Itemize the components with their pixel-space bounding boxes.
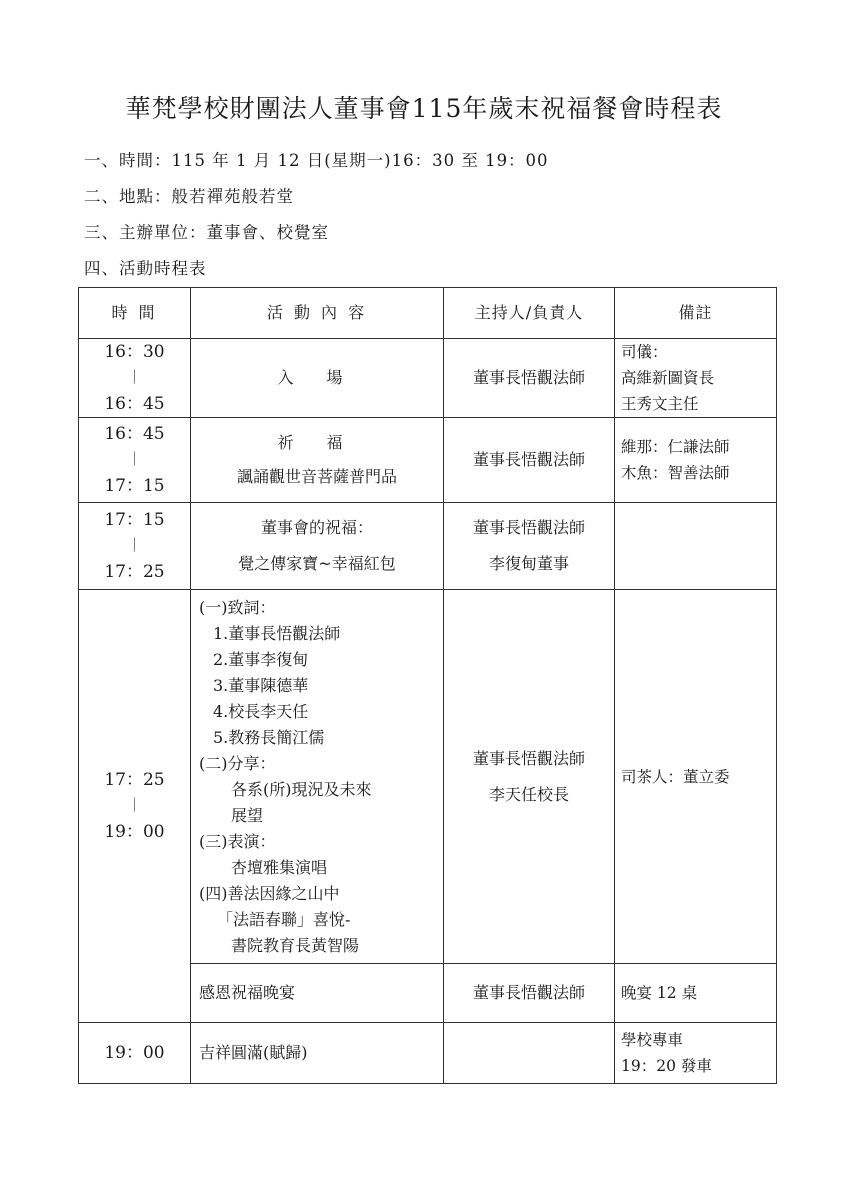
host-line: 董事長悟觀法師 [444,980,614,1006]
activity-line: 覺之傳家寶~幸福紅包 [191,546,443,582]
note-cell [615,503,777,590]
time-cell: 17：25 ｜ 19：00 [79,590,191,1023]
activity-cell: 吉祥圓滿(賦歸) [191,1023,444,1084]
time-start: 16：30 [79,339,190,365]
activity-line: 諷誦觀世音菩薩普門品 [191,460,443,494]
host-cell: 董事長悟觀法師 [444,339,615,418]
activity-line: (四)善法因緣之山中 [199,881,443,907]
time-cell: 16：30 ｜ 16：45 [79,339,191,418]
note-line: 學校專車 [621,1027,776,1053]
info-organizer: 三、主辦單位：董事會、校覺室 [84,222,329,244]
header-note: 備註 [615,288,777,339]
activity-cell: 感恩祝福晚宴 [191,964,444,1023]
host-line: 李復甸董事 [444,546,614,582]
activity-line: 3.董事陳德華 [199,673,443,699]
time-cell: 17：15 ｜ 17：25 [79,503,191,590]
schedule-table: 時 間 活 動 內 容 主持人/負責人 備註 16：30 ｜ 16：45 入 場… [78,287,777,1084]
activity-cell: (一)致詞： 1.董事長悟觀法師 2.董事李復甸 3.董事陳德華 4.校長李天任… [191,590,444,964]
info-schedule-label: 四、活動時程表 [84,259,207,278]
activity-line: 5.教務長簡江儒 [199,725,443,751]
info-time-label: 一、時間： [84,151,172,170]
host-line: 董事長悟觀法師 [444,510,614,546]
note-cell: 維那：仁謙法師 木魚：智善法師 [615,418,777,503]
info-time-value: 115 年 1 月 12 日(星期一)16：30 至 19：00 [172,151,549,170]
activity-cell: 祈 福 諷誦觀世音菩薩普門品 [191,418,444,503]
activity-line: 感恩祝福晚宴 [199,980,443,1006]
time-start: 17：25 [79,767,190,793]
time-end: 16：45 [79,391,190,417]
time-separator: ｜ [79,793,190,819]
activity-line: 「法語春聯」喜悅- [199,907,443,933]
activity-line: 吉祥圓滿(賦歸) [199,1040,443,1066]
info-organizer-label: 三、主辦單位： [84,223,207,242]
info-location-label: 二、地點： [84,187,172,206]
note-line: 高維新圖資長 [621,365,776,391]
host-line: 董事長悟觀法師 [444,447,614,473]
time-separator: ｜ [79,447,190,473]
time-start: 16：45 [79,421,190,447]
activity-line: 2.董事李復甸 [199,647,443,673]
activity-line: 4.校長李天任 [199,699,443,725]
host-cell: 董事長悟觀法師 [444,418,615,503]
time-cell: 19：00 [79,1023,191,1084]
activity-line: (二)分享： [199,751,443,777]
time-start: 17：15 [79,507,190,533]
activity-line: (三)表演： [199,829,443,855]
activity-line: 書院教育長黃智陽 [199,933,443,959]
document-title: 華梵學校財團法人董事會115年歲末祝福餐會時程表 [0,93,848,125]
host-cell [444,1023,615,1084]
activity-line: 各系(所)現況及未來 [199,777,443,803]
host-cell: 董事長悟觀法師 李復甸董事 [444,503,615,590]
info-location-value: 般若禪苑般若堂 [172,187,295,206]
activity-line: (一)致詞： [199,595,443,621]
info-organizer-value: 董事會、校覺室 [207,223,330,242]
note-line: 司儀： [621,339,776,365]
table-header-row: 時 間 活 動 內 容 主持人/負責人 備註 [79,288,777,339]
host-line: 董事長悟觀法師 [444,741,614,777]
activity-cell: 入 場 [191,339,444,418]
note-cell: 晚宴 12 桌 [615,964,777,1023]
info-schedule-heading: 四、活動時程表 [84,258,207,280]
header-time: 時 間 [79,288,191,339]
info-location: 二、地點：般若禪苑般若堂 [84,186,294,208]
note-line: 19：20 發車 [621,1053,776,1079]
activity-line: 祈 福 [191,426,443,460]
time-end: 17：15 [79,473,190,499]
table-row: 19：00 吉祥圓滿(賦歸) 學校專車 19：20 發車 [79,1023,777,1084]
time-separator: ｜ [79,365,190,391]
activity-line: 1.董事長悟觀法師 [199,621,443,647]
time-end: 19：00 [79,819,190,845]
time-end: 17：25 [79,559,190,585]
header-host: 主持人/負責人 [444,288,615,339]
host-cell: 董事長悟觀法師 [444,964,615,1023]
activity-line: 展望 [199,803,443,829]
note-line: 晚宴 12 桌 [621,980,776,1006]
info-time: 一、時間：115 年 1 月 12 日(星期一)16：30 至 19：00 [84,150,549,172]
table-row: 17：25 ｜ 19：00 (一)致詞： 1.董事長悟觀法師 2.董事李復甸 3… [79,590,777,964]
note-cell: 學校專車 19：20 發車 [615,1023,777,1084]
header-activity: 活 動 內 容 [191,288,444,339]
note-cell: 司茶人：董立委 [615,590,777,964]
table-row: 17：15 ｜ 17：25 董事會的祝福： 覺之傳家寶~幸福紅包 董事長悟觀法師… [79,503,777,590]
host-line: 李天任校長 [444,777,614,813]
note-cell: 司儀： 高維新圖資長 王秀文主任 [615,339,777,418]
table-row: 16：45 ｜ 17：15 祈 福 諷誦觀世音菩薩普門品 董事長悟觀法師 維那：… [79,418,777,503]
note-line: 木魚：智善法師 [621,460,776,486]
time-cell: 16：45 ｜ 17：15 [79,418,191,503]
host-line: 董事長悟觀法師 [444,365,614,391]
host-cell: 董事長悟觀法師 李天任校長 [444,590,615,964]
table-row: 16：30 ｜ 16：45 入 場 董事長悟觀法師 司儀： 高維新圖資長 王秀文… [79,339,777,418]
time-separator: ｜ [79,533,190,559]
activity-line: 入 場 [191,365,443,391]
note-line: 司茶人：董立委 [621,764,776,790]
activity-line: 杏壇雅集演唱 [199,855,443,881]
note-line: 王秀文主任 [621,391,776,417]
activity-cell: 董事會的祝福： 覺之傳家寶~幸福紅包 [191,503,444,590]
activity-line: 董事會的祝福： [191,510,443,546]
note-line: 維那：仁謙法師 [621,434,776,460]
time-start: 19：00 [79,1040,190,1066]
